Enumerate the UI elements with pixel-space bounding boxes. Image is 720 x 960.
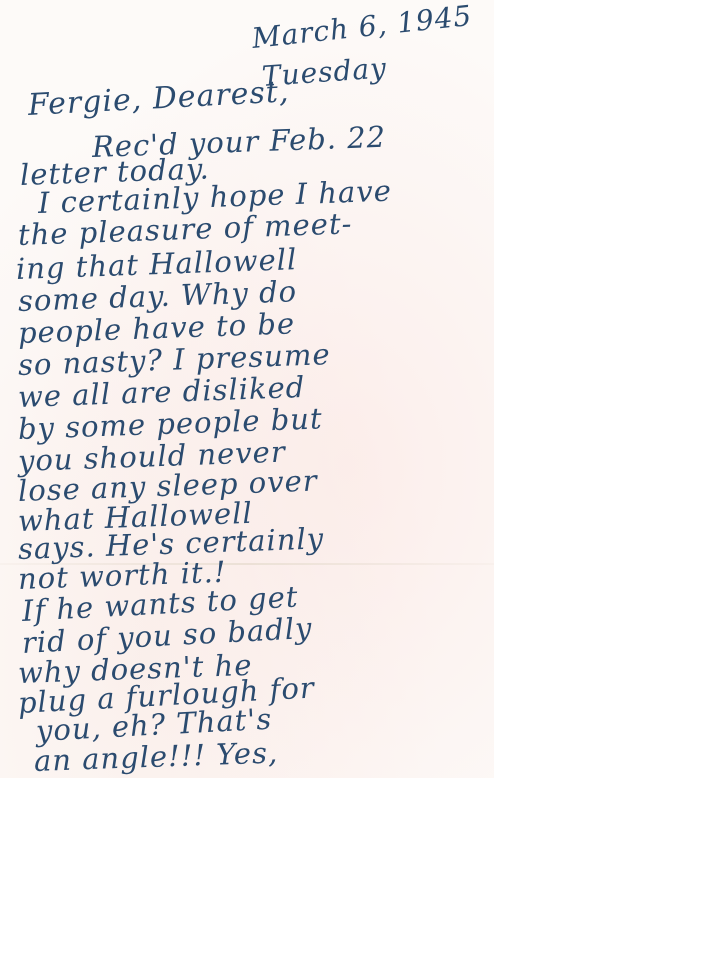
letter-line: an angle!!! Yes,: [33, 735, 278, 778]
letter-date: March 6, 1945: [250, 0, 473, 55]
letter-salutation: Fergie, Dearest,: [27, 74, 290, 123]
letter-page: March 6, 1945 Tuesday Fergie, Dearest, R…: [0, 0, 494, 778]
